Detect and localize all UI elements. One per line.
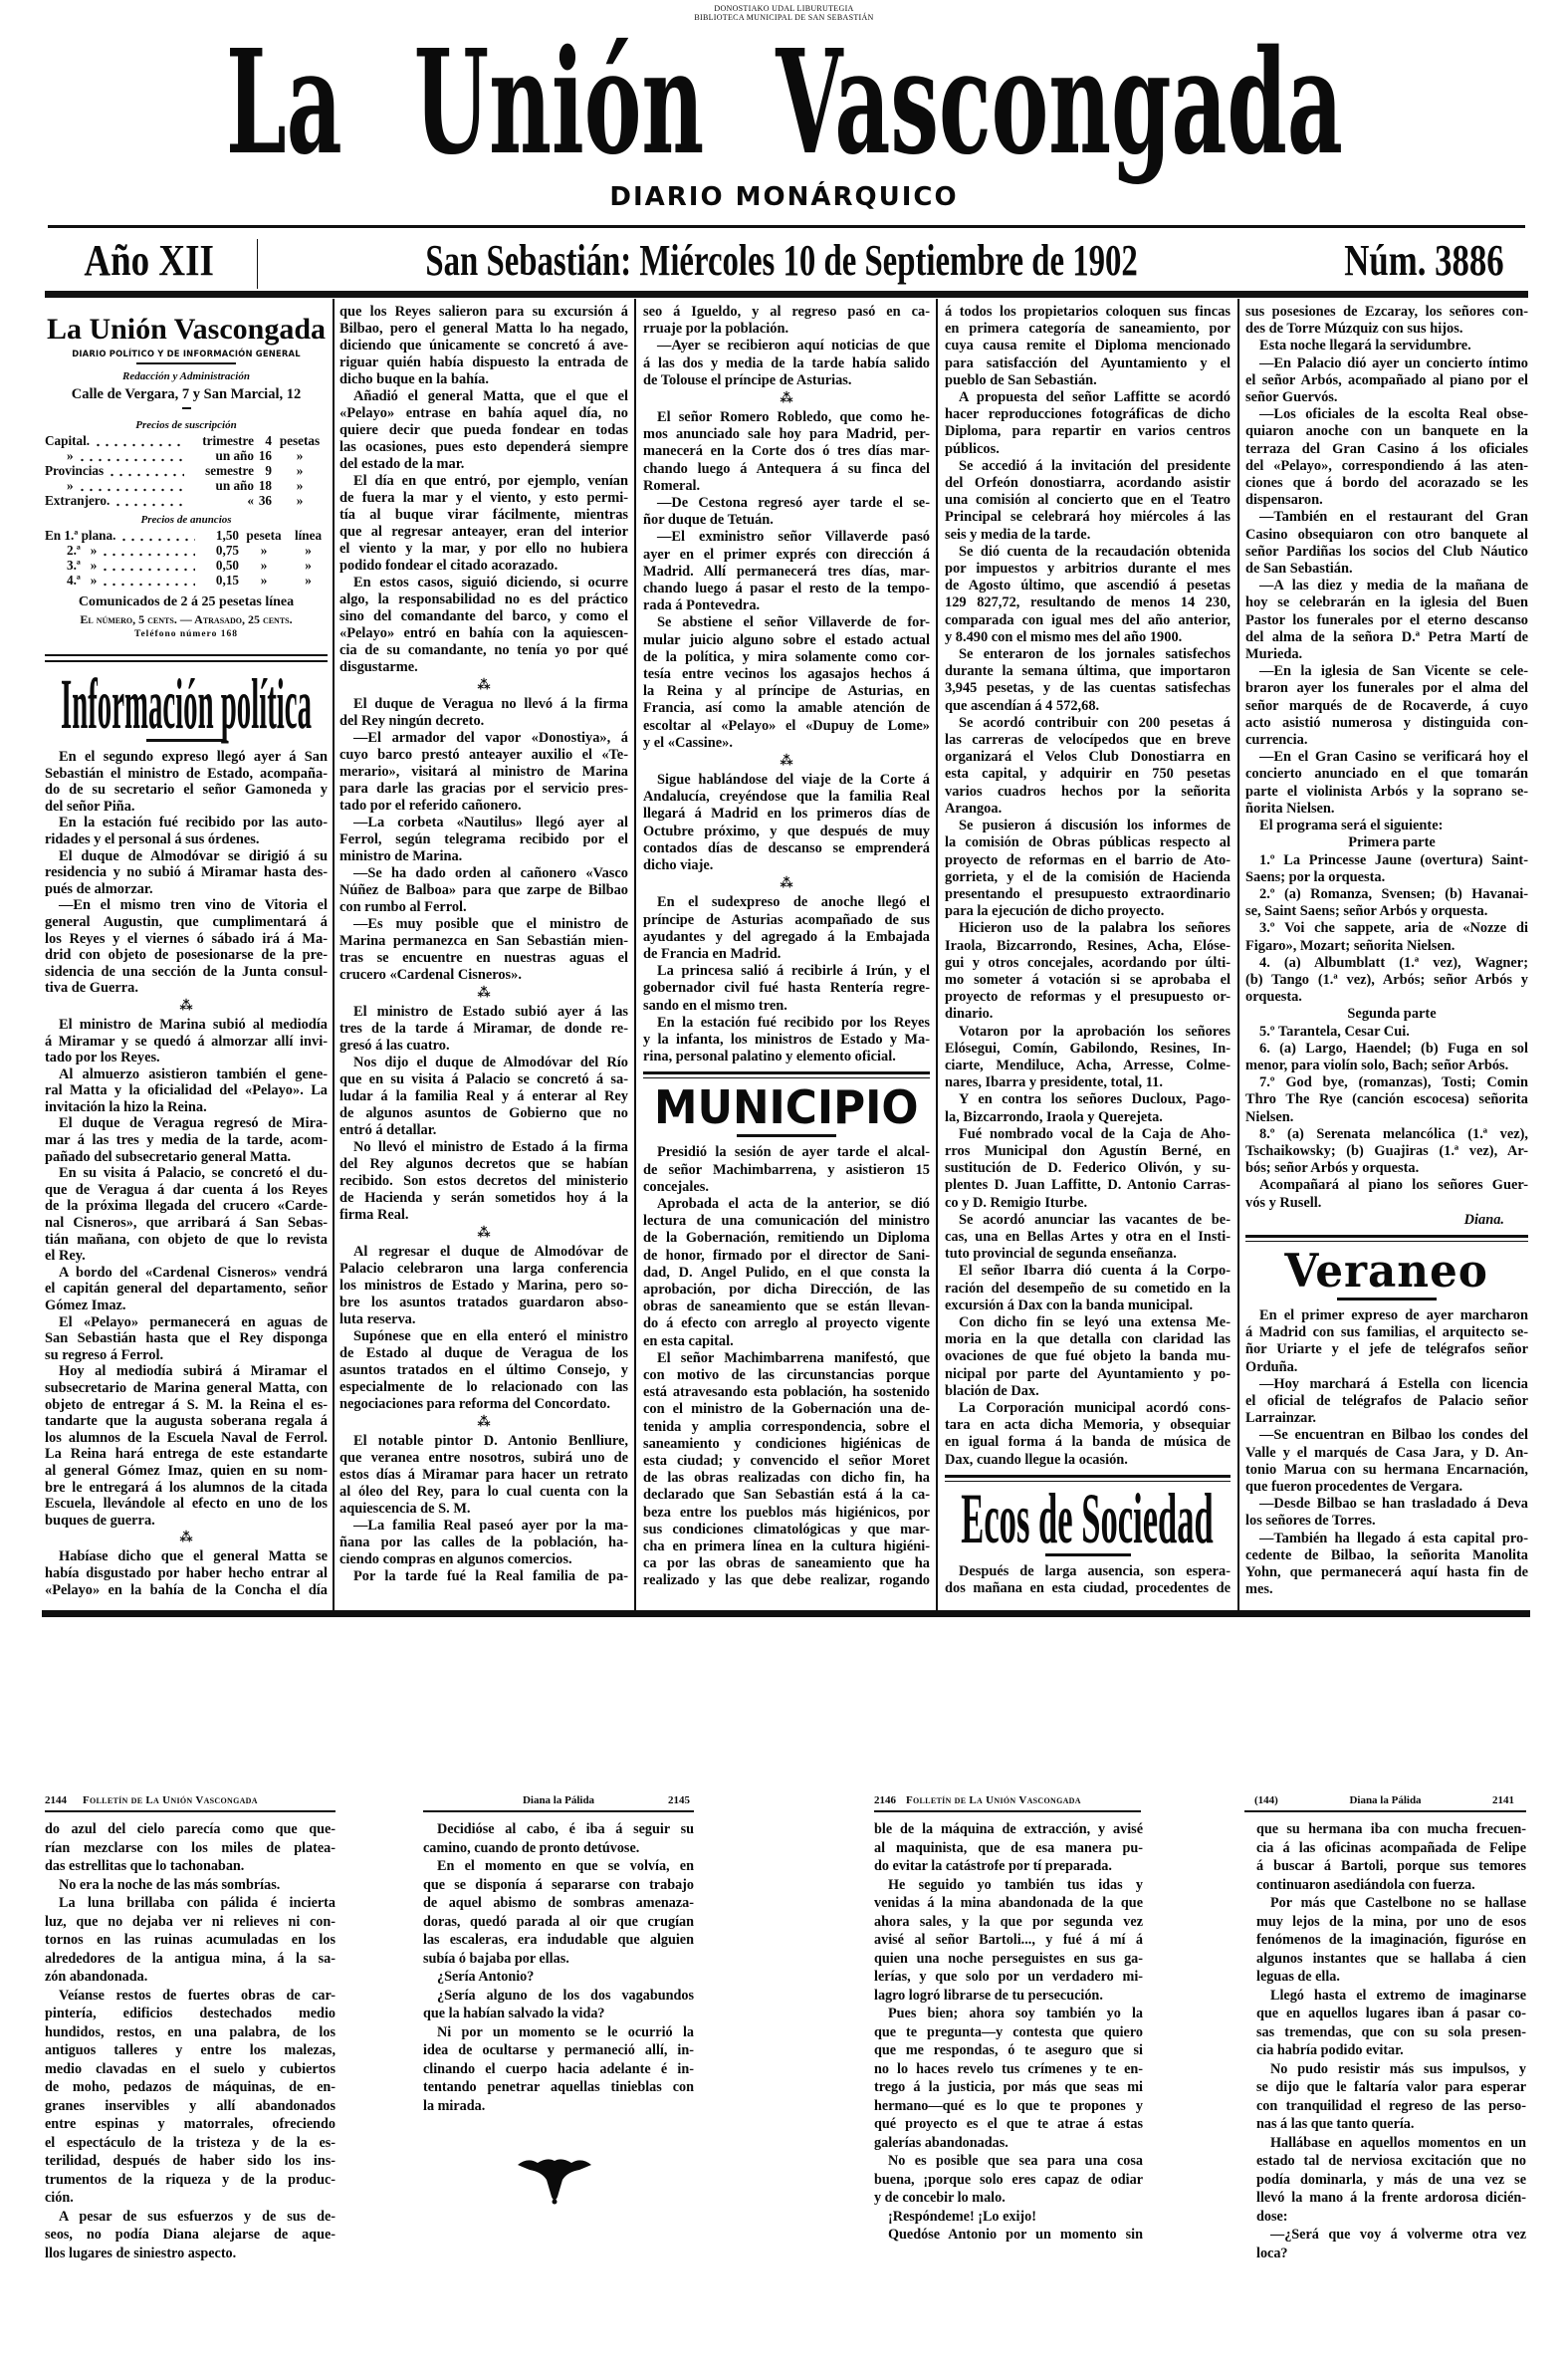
paragraph: —En el Gran Casino se verificará hoy elc… <box>1245 749 1528 818</box>
text-line: ludar á la familia Real y á enterar al R… <box>339 1088 628 1105</box>
paragraph: Se enteraron de los jornales satisfechos… <box>945 646 1231 715</box>
text-line: que al regresar anteayer, eran del inter… <box>339 524 628 541</box>
text-line: cha en primera línea en la cultura higié… <box>643 1539 930 1555</box>
text-line: cia de su comandante, no tenía yo por qu… <box>339 642 628 659</box>
ad-amount: 1,50 <box>199 528 239 543</box>
text-line: Diploma, para repartir en varios centros <box>945 423 1231 440</box>
text-line: sus condiciones climatológicas y que mar… <box>643 1522 930 1539</box>
paragraph: —En Palacio dió ayer un concierto íntimo… <box>1245 355 1528 407</box>
text-line: Valle y el marqués de Casa Jara, y D. An… <box>1245 1445 1528 1462</box>
paragraph: Presidió la sesión de ayer tarde el alca… <box>643 1144 930 1196</box>
text-line: rían mezclarse con los miles de platea- <box>45 1839 336 1858</box>
dateline: San Sebastián: Miércoles 10 de Septiembr… <box>425 235 1137 287</box>
text-line: merario», visitará al ministro de Marina <box>339 764 628 781</box>
text-line: luz, que no dejaba ver ni relieves ni co… <box>45 1913 336 1932</box>
text-line: que la habían salvado la vida? <box>423 2005 694 2023</box>
text-line: camino, cuando de pronto detúvose. <box>423 1839 694 1858</box>
text-line: subsecretario de Marina general Matta, c… <box>45 1380 328 1397</box>
text-line: que fueron procedentes de Vergara. <box>1245 1479 1528 1496</box>
paragraph: La luna brillaba con pálida é inciertalu… <box>45 1894 336 1987</box>
text-line: del «Pelayo», correspondiendo á las aten… <box>1245 458 1528 475</box>
text-line: gresó á las cuatro. <box>339 1038 628 1055</box>
text-line: lerías, y que solo por un verdadero mi- <box>874 1968 1143 1987</box>
folletin-page-header: Diana la Pálida 2145 <box>423 1792 694 1808</box>
text-line: tuto provincial de segunda enseñanza. <box>945 1246 1231 1263</box>
text-line: Después de larga ausencia, son espera- <box>945 1563 1231 1580</box>
text-line: contados días de descanso se emprenderá <box>643 840 930 857</box>
text-line: nares, Ibarra y presidente, total, 11. <box>945 1074 1231 1091</box>
text-line: —Hoy marchará á Estella con licencia <box>1245 1376 1528 1393</box>
text-line: das estrellitas que lo tachonaban. <box>45 1857 336 1876</box>
rate-label: » <box>45 448 74 463</box>
text-line: fenómenos de la imaginación, figuróse en <box>1256 1931 1526 1950</box>
text-line: subía ó bajaba por ellas. <box>423 1950 694 1969</box>
text-line: Romeral. <box>643 478 930 495</box>
text-line: sando en el mismo tren. <box>643 998 930 1015</box>
text-line: galerías abandonadas. <box>874 2134 1143 2153</box>
paragraph: Hoy al mediodía subirá á Miramar elsubse… <box>45 1363 328 1529</box>
text-line: Supónese que en ella enteró el ministro <box>339 1328 628 1345</box>
text-line: terilidad, después de haber sido los ins… <box>45 2152 336 2171</box>
masthead-top-rule <box>48 225 1525 228</box>
text-line: cuya causa remite el Diploma mencionado <box>945 338 1231 355</box>
paragraph: El señor Romero Robledo, que como he-mos… <box>643 409 930 495</box>
text-line: dinario. <box>945 1006 1231 1023</box>
text-line: pintería, edificios destechados medio <box>45 2005 336 2023</box>
text-line: Andalucía, creyéndose que la familia Rea… <box>643 789 930 806</box>
column-4: á todos los propietarios coloquen sus fi… <box>945 304 1231 1597</box>
text-line: «Pelayo» en la bahía de la Concha el día <box>45 1582 328 1599</box>
text-line: se, Saint Saens; señor Arbós y orquesta. <box>1245 903 1528 920</box>
text-line: Saens; por la orquesta. <box>1245 869 1528 886</box>
text-line: mar á las tres y media de la tarde, acom… <box>45 1132 328 1149</box>
text-line: antiguos talleres y entre los malezas, <box>45 2041 336 2060</box>
imprint-double-rule <box>45 654 328 662</box>
ad-amount: 0,15 <box>199 573 239 588</box>
text-line: medio clavadas en el suelo y cubiertos <box>45 2060 336 2079</box>
text-line: Dax, cuando llegue la ocasión. <box>945 1452 1231 1469</box>
folletin-page-body: Decidióse al cabo, é iba á seguir sucami… <box>423 1820 694 2115</box>
text-line: —En la iglesia de San Vicente se cele- <box>1245 663 1528 680</box>
text-line: Figaro», Mozart; señorita Nielsen. <box>1245 938 1528 955</box>
folletin-header-rule <box>45 1810 336 1812</box>
paragraph: Por más que Castelbone no se hallasemuy … <box>1256 1894 1526 1987</box>
text-line: de algunos asuntos de Gobierno que no <box>339 1105 628 1122</box>
paragraph: Se abstiene el señor Villaverde de for-m… <box>643 614 930 752</box>
text-line: vós y Rusell. <box>1245 1195 1528 1212</box>
text-line: ñana por las calles de la población, ha- <box>339 1535 628 1551</box>
imprint-address: Calle de Vergara, 7 y San Marcial, 12 <box>45 384 328 404</box>
paragraph: Veíanse restos de fuertes obras de car-p… <box>45 1987 336 2208</box>
paragraph: que los Reyes salieron para su excursión… <box>339 304 628 388</box>
text-line: chando luego á pasar el resto de la temp… <box>643 581 930 597</box>
paragraph: ble de la máquina de extracción, y avisé… <box>874 1820 1143 1876</box>
text-line: con rumbo al Ferrol. <box>339 899 628 916</box>
communiques-rate: Comunicados de 2 á 25 pesetas línea <box>45 593 328 611</box>
text-line: La princesa salió á recibirle á Irún, y … <box>643 963 930 980</box>
ad-per: » <box>289 543 328 558</box>
issue-number: Núm. 3886 <box>1344 235 1503 287</box>
text-line: diciendo que únicamente se concretó á av… <box>339 338 628 355</box>
dot-leader <box>78 448 184 463</box>
paragraph: Fué nombrado vocal de la Caja de Aho-rro… <box>945 1126 1231 1212</box>
text-line: el capitán general del departamento, señ… <box>45 1281 328 1298</box>
text-line: —¿Será que voy á volverme otra vez <box>1256 2226 1526 2245</box>
text-line: los señores de Torres. <box>1245 1513 1528 1530</box>
text-line: Ni por un momento se le ocurrió la <box>423 2023 694 2042</box>
text-line: 5.º Tarantela, Cesar Cui. <box>1245 1024 1528 1041</box>
paragraph: Al regresar el duque de Almodóvar dePala… <box>339 1244 628 1328</box>
text-line: que me respondas, ó te aseguro que si <box>874 2041 1143 2060</box>
text-line: cia á las oficinas acompañada de Felipe <box>1256 1839 1526 1858</box>
text-line: Al regresar el duque de Almodóvar de <box>339 1244 628 1261</box>
text-line: La Corporación municipal acordó cons- <box>945 1400 1231 1417</box>
text-line: el oficial de telégrafos de Palacio seño… <box>1245 1393 1528 1410</box>
paragraph: Habíase dicho que el general Matta sehab… <box>45 1548 328 1598</box>
subscription-row: » un año 18 » <box>45 478 328 493</box>
text-line: Nos dijo el duque de Almodóvar del Río <box>339 1055 628 1071</box>
text-line: Núñez de Balboa» para que zarpe de Bilba… <box>339 882 628 899</box>
text-line: del Orfeón donostiarra, acordando asisti… <box>945 475 1231 492</box>
folletin-header-rule <box>423 1810 694 1812</box>
text-line: El señor Ibarra dió cuenta á la Corpo- <box>945 1263 1231 1280</box>
text-line: proyecto de reformas y el presupuesto or… <box>945 989 1231 1006</box>
text-line: El día en que entró, por ejemplo, venían <box>339 473 628 490</box>
text-line: ridades y el personal á sus órdenes. <box>45 831 328 848</box>
text-line: señor Pardiñas los socios del Club Náuti… <box>1245 544 1528 561</box>
dot-leader <box>113 493 184 508</box>
text-line: zón abandonada. <box>45 1968 336 1987</box>
text-line: En el segundo expreso llegó ayer á San <box>45 749 328 766</box>
text-line: Casino obsequiaron con otro banquete al <box>1245 527 1528 544</box>
text-line: 2.º (a) Romanza, Svensen; (b) Havanai- <box>1245 886 1528 903</box>
text-line: del señor Piña. <box>45 799 328 816</box>
heading-underline <box>1337 1298 1437 1301</box>
text-line: señor Guervós. <box>1245 389 1528 406</box>
text-line: el espectáculo de la tristeza y de la es… <box>45 2134 336 2153</box>
paragraph: En el segundo expreso llegó ayer á SanSe… <box>45 749 328 815</box>
text-line: tenida y amplia correspondencia, sobre e… <box>643 1419 930 1436</box>
paragraph: No es posible que sea para una cosabuena… <box>874 2152 1143 2208</box>
text-line: algo, la responsabilidad no es del práct… <box>339 592 628 608</box>
text-line: 3,945 pesetas, y de las cuentas satisfec… <box>945 680 1231 697</box>
paragraph: Decidióse al cabo, é iba á seguir sucami… <box>423 1820 694 1857</box>
text-line: mo someter á votación si se aprobaba el <box>945 972 1231 989</box>
dot-leader <box>101 558 195 573</box>
text-line: nicipal por parte del Ayuntamiento y po- <box>945 1366 1231 1383</box>
paragraph: —Los oficiales de la escolta Real obse-q… <box>1245 406 1528 509</box>
text-line: Se enteraron de los jornales satisfechos <box>945 646 1231 663</box>
text-line: sas tremendas, que con su sola presen- <box>1256 2023 1526 2042</box>
text-line: lagro logró librarse de tu persecución. <box>874 1987 1143 2006</box>
text-line: esta ciudad; y convencido el señor Moret <box>643 1453 930 1470</box>
folletin-page-body: que su hermana iba con mucha frecuen-cia… <box>1256 1820 1526 2262</box>
ad-label: 3.ª » <box>45 558 97 573</box>
folletin-page-number: 2146 <box>874 1792 896 1808</box>
program-subheading: Segunda parte <box>1245 1006 1528 1023</box>
text-line: Tschaikowsky; (b) Guajiras (1.ª vez), Ar… <box>1245 1143 1528 1160</box>
rate-label: Provincias <box>45 463 104 478</box>
text-line: Llegó hasta el extremo de imaginarse <box>1256 1987 1526 2006</box>
text-line: Quedóse Antonio por un momento sin <box>874 2226 1143 2245</box>
author-signature: Diana. <box>1245 1212 1528 1229</box>
paragraph: En estos casos, siguió diciendo, si ocur… <box>339 575 628 676</box>
paragraph: El «Pelayo» permanecerá en aguas deSan S… <box>45 1314 328 1364</box>
text-line: —Es muy posible que el ministro de <box>339 916 628 933</box>
paragraph: A pesar de sus esfuerzos y de sus de-seo… <box>45 2208 336 2263</box>
text-line: Se abstiene el señor Villaverde de for- <box>643 614 930 631</box>
text-line: del alma de la señora D.ª Petra Martí de <box>1245 629 1528 646</box>
paragraph: El día en que entró, por ejemplo, venían… <box>339 473 628 575</box>
text-line: Por más que Castelbone no se hallase <box>1256 1894 1526 1913</box>
text-line: disgustarme. <box>339 659 628 676</box>
text-line: trego á la justicia, por más que seas mi <box>874 2078 1143 2097</box>
article-body-municipio-1: Presidió la sesión de ayer tarde el alca… <box>643 1144 930 1589</box>
text-line: que ascendían á 4 572,68. <box>945 698 1231 715</box>
paragraph: En su visita á Palacio, se concretó el d… <box>45 1165 328 1265</box>
folletin-header-rule <box>874 1810 1141 1812</box>
text-line: granes inservibles y allí abandonados <box>45 2097 336 2116</box>
text-line: ble de la máquina de extracción, y avisé <box>874 1820 1143 1839</box>
rate-period: « <box>188 493 254 508</box>
ad-amount: 0,50 <box>199 558 239 573</box>
text-line: buques de guerra. <box>45 1513 328 1530</box>
text-line: la mirada. <box>423 2097 694 2116</box>
paragraph: Añadió el general Matta, que el que el«P… <box>339 388 628 473</box>
text-line: tandarte que la augusta soberana regala … <box>45 1413 328 1430</box>
text-line: ovaciones de que fué objeto la banda mu- <box>945 1348 1231 1365</box>
text-line: En el primer expreso de ayer marcharon <box>1245 1307 1528 1324</box>
text-line: —La corbeta «Nautilus» llegó ayer al <box>339 815 628 831</box>
text-line: los Reyes y el viernes ó sábado irá á Ma… <box>45 931 328 948</box>
section-title: Información política <box>61 673 312 735</box>
paragraph: Con dicho fin se leyó una extensa Me-mor… <box>945 1314 1231 1400</box>
text-line: del estado de la mar. <box>339 456 628 473</box>
text-line: En la estación fué recibido por las auto… <box>45 815 328 831</box>
paragraph: Hicieron uso de la palabra los señoresIr… <box>945 920 1231 1023</box>
paragraph: En el sudexpreso de anoche llegó elprínc… <box>643 894 930 963</box>
text-line: ministro de Marina. <box>339 848 628 865</box>
paragraph: —Ayer se recibieron aquí noticias de que… <box>643 338 930 389</box>
ad-label: En 1.ª plana. <box>45 528 115 543</box>
article-body-ecos-2: sus posesiones de Ezcaray, los señores c… <box>1245 304 1528 1229</box>
text-line: señor marqués de de Rocaverde, á cuyo <box>1245 698 1528 715</box>
text-line: do evitar la catástrofe por tí preparada… <box>874 1857 1143 1876</box>
asterism-separator-icon: ⁂ <box>339 1413 628 1433</box>
paragraph: —También en el restaurant del GranCasino… <box>1245 509 1528 578</box>
text-line: estos días á Miramar para hacer un retra… <box>339 1467 628 1484</box>
text-line: Francia, así como la amable atención de <box>643 700 930 717</box>
folletin-page-header: 2144 Folletín de La Unión Vascongada <box>45 1792 336 1808</box>
text-line: ciendo compras en algunos comercios. <box>339 1551 628 1568</box>
text-line: príncipe de Asturias acompañado de sus <box>643 912 930 929</box>
text-line: San Sebastián hasta que el Rey disponga <box>45 1330 328 1347</box>
folletin-running-title: Folletín de La Unión Vascongada <box>906 1792 1081 1808</box>
text-line: de las obras realizadas con dicho fin, h… <box>643 1470 930 1487</box>
text-line: pueblo de San Sebastián. <box>945 372 1231 389</box>
paragraph: El notable pintor D. Antonio Benlliure,q… <box>339 1433 628 1518</box>
text-line: que su hermana iba con mucha frecuen- <box>1256 1820 1526 1839</box>
text-line: que te pregunta—y contesta que quiero <box>874 2023 1143 2042</box>
text-line: comparada con igual mes del año anterior… <box>945 612 1231 629</box>
rate-amount: 36 <box>254 493 272 508</box>
text-line: y la infanta, los ministros de Estado y … <box>643 1032 930 1049</box>
paragraph: —También ha llegado á esta capital pro-c… <box>1245 1531 1528 1599</box>
text-line: terraza del Gran Casino á los oficiales <box>1245 441 1528 458</box>
paragraph: 6. (a) Largo, Haendel; (b) Fuga en solme… <box>1245 1041 1528 1074</box>
text-line: ñor Uriarte y el jefe de telégrafos seño… <box>1245 1341 1528 1358</box>
folletin-page-number: 2144 <box>45 1792 67 1808</box>
text-line: 3.º Voi che sappete, aria de «Nozze di <box>1245 920 1528 937</box>
paragraph: La princesa salió á recibirle á Irún, y … <box>643 963 930 1015</box>
text-line: Hoy al mediodía subirá á Miramar el <box>45 1363 328 1380</box>
text-line: 8.º (a) Serenata melancólica (1.ª vez), <box>1245 1126 1528 1143</box>
text-line: está atravesando esta población, ha sost… <box>643 1384 930 1401</box>
ad-per: » <box>289 573 328 588</box>
text-line: —A las diez y media de la mañana de <box>1245 578 1528 594</box>
text-line: dose: <box>1256 2208 1526 2227</box>
asterism-separator-icon: ⁂ <box>45 997 328 1017</box>
paragraph: A propuesta del señor Laffitte se acordó… <box>945 389 1231 458</box>
paragraph: Hallábase en aquellos momentos en unesta… <box>1256 2134 1526 2227</box>
text-line: La Reina hará entrega de este estandarte <box>45 1446 328 1463</box>
text-line: Bilbao, pero el general Matta lo ha nega… <box>339 321 628 338</box>
ad-rate-row: 3.ª » 0,50 » » <box>45 558 328 573</box>
text-line: asuntos tratados en el último Consejo, y <box>339 1362 628 1379</box>
text-line: Palacio celebraron una larga conferencia <box>339 1261 628 1278</box>
text-line: quien una noche perseguistes en sus ga- <box>874 1950 1143 1969</box>
text-line: Yohn, que permanecerá aquí hasta fin de <box>1245 1564 1528 1581</box>
paragraph: El duque de Almodóvar se dirigió á sures… <box>45 848 328 898</box>
text-line: gui y otros concejales, acordando por úl… <box>945 955 1231 972</box>
imprint-box: La Unión Vascongada DIARIO POLÍTICO Y DE… <box>45 313 328 662</box>
text-line: El programa será el siguiente: <box>1245 818 1528 834</box>
text-line: pués de almorzar. <box>45 881 328 898</box>
text-line: de aquel abismo de sombras amenaza- <box>423 1894 694 1913</box>
text-line: pañado del subsecretario general Matta. <box>45 1149 328 1166</box>
text-line: de la Gobernación, remitiendo un Diploma <box>643 1230 930 1247</box>
text-line: ahora sales, y la que por segunda vez <box>874 1913 1143 1932</box>
text-line: El ministro de Estado subió ayer á las <box>339 1004 628 1021</box>
text-line: proyecto de reformas en el barrio de Ato… <box>945 852 1231 869</box>
paragraph: seo á Igueldo, y al regreso pasó en ca-r… <box>643 304 930 338</box>
folletin-signature-number: (144) <box>1244 1792 1304 1808</box>
text-line: A pesar de sus esfuerzos y de sus de- <box>45 2208 336 2227</box>
text-line: «Pelayo» entrase en bahía aquel día, no <box>339 405 628 422</box>
paragraph: 7.º God bye, (romanzas), Tosti; CominThr… <box>1245 1074 1528 1126</box>
text-line: —El armador del vapor «Donostiya», á <box>339 730 628 747</box>
section-heading-informacion-politica: Información política <box>45 673 328 735</box>
text-line: ción. <box>45 2189 336 2208</box>
text-line: —También ha llegado á esta capital pro- <box>1245 1531 1528 1547</box>
paragraph: El ministro de Estado subió ayer á lastr… <box>339 1004 628 1055</box>
text-line: para satisfacción del Ayuntamiento y el <box>945 355 1231 372</box>
text-line: Presidió la sesión de ayer tarde el alca… <box>643 1144 930 1161</box>
text-line: rada á Pontevedra. <box>643 597 930 614</box>
text-line: —En Palacio dió ayer un concierto íntimo <box>1245 355 1528 372</box>
text-line: entró á detallar. <box>339 1122 628 1139</box>
text-line: públicos. <box>945 441 1231 458</box>
ad-per: » <box>289 558 328 573</box>
text-line: gorrieta, y el de la comisión de Haciend… <box>945 869 1231 886</box>
paragraph: —El exministro señor Villaverde pasóayer… <box>643 529 930 614</box>
text-line: los ministros de Estado y Marina, pero s… <box>339 1278 628 1295</box>
text-line: hermano—qué es lo que te propones y <box>874 2097 1143 2116</box>
text-line: —Desde Bilbao se han trasladado á Deva <box>1245 1496 1528 1513</box>
paragraph: Y en contra los señores Ducloux, Pago-la… <box>945 1091 1231 1125</box>
text-line: —En el Gran Casino se verificará hoy el <box>1245 749 1528 766</box>
text-line: durante la semana última, que importaron <box>945 663 1231 680</box>
text-line: el señor Arbós, acompañado al piano por … <box>1245 372 1528 389</box>
text-line: una comisión al concierto que en el Teat… <box>945 492 1231 509</box>
text-line: presentando el presupuesto extraordinari… <box>945 886 1231 903</box>
text-line: de Agosto último, que ascendió á pesetas <box>945 578 1231 594</box>
text-line: se dijo que le faltaría valor para esper… <box>1256 2078 1526 2097</box>
text-line: las ocasiones, pues esto dependerá siemp… <box>339 439 628 456</box>
text-line: ciarte, Mendiluce, Acha, Arresse, Colme- <box>945 1058 1231 1074</box>
rate-unit: » <box>272 493 328 508</box>
text-line: la, Bizcarrondo, Iraola y Querejeta. <box>945 1109 1231 1126</box>
text-line: 7.º God bye, (romanzas), Tosti; Comin <box>1245 1074 1528 1091</box>
text-line: «Pelayo» entró en bahía con la aquiescen… <box>339 625 628 642</box>
text-line: La luna brillaba con pálida é incierta <box>45 1894 336 1913</box>
text-line: los alumnos de la Escuela Naval de Ferro… <box>45 1430 328 1447</box>
text-line: En estos casos, siguió diciendo, si ocur… <box>339 575 628 592</box>
dateline-divider <box>257 239 258 289</box>
paragraph: —Es muy posible que el ministro deMarina… <box>339 916 628 984</box>
paragraph: do azul del cielo parecía como que que-r… <box>45 1820 336 1876</box>
text-line: Madrid. Allí permanecerá tres días, mar- <box>643 564 930 581</box>
column-3: seo á Igueldo, y al regreso pasó en ca-r… <box>643 304 930 1590</box>
newspaper-subtitle-wrap: DIARIO MONÁRQUICO <box>0 184 1568 210</box>
text-line: objeto de entregar á S. M. la Reina el e… <box>45 1397 328 1414</box>
ad-rate-row: 2.ª » 0,75 » » <box>45 543 328 558</box>
text-line: á Miramar y se quedó á almorzar allí inv… <box>45 1034 328 1051</box>
text-line: luta reserva. <box>339 1311 628 1328</box>
paragraph: á todos los propietarios coloquen sus fi… <box>945 304 1231 389</box>
text-line: No pudo resistir más sus impulsos, y <box>1256 2060 1526 2079</box>
text-line: Se pusieron á discusión los informes de <box>945 818 1231 834</box>
text-line: bre le entregará á los alumnos de la cit… <box>45 1480 328 1497</box>
rate-unit: » <box>272 448 328 463</box>
text-line: para la ejecución de dicho proyecto. <box>945 903 1231 920</box>
paragraph: No era la noche de las más sombrías. <box>45 1876 336 1895</box>
text-line: tentando penetrar aquellas tinieblas con <box>423 2078 694 2097</box>
paragraph: ¡Respóndeme! ¡Lo exijo! <box>874 2208 1143 2227</box>
text-line: seo á Igueldo, y al regreso pasó en ca- <box>643 304 930 321</box>
text-line: no lo haces revelo tus crímenes y te en- <box>874 2060 1143 2079</box>
text-line: tornos en las ruinas acumuladas en los <box>45 1931 336 1950</box>
paragraph: El duque de Veragua no llevó á la firmad… <box>339 696 628 730</box>
text-line: de San Sebastián. <box>1245 561 1528 578</box>
ad-unit: peseta <box>239 528 289 543</box>
text-line: dicho viaje. <box>643 857 930 874</box>
text-line: á todos los propietarios coloquen sus fi… <box>945 304 1231 321</box>
text-line: En la estación fué recibido por los Reye… <box>643 1015 930 1032</box>
newspaper-title: La Unión Vascongada <box>226 31 1343 174</box>
text-line: aquiescencia de S. M. <box>339 1501 628 1518</box>
text-line: ciones que á bordo del acorazado se les <box>1245 475 1528 492</box>
text-line: Se acordó anunciar las vacantes de be- <box>945 1212 1231 1229</box>
imprint-office-label: Redacción y Administración <box>45 368 328 384</box>
text-line: saneamiento y condiciones higiénicas de <box>643 1436 930 1453</box>
text-line: —Los oficiales de la escolta Real obse- <box>1245 406 1528 423</box>
folletin-running-title: Diana la Pálida <box>523 1792 594 1808</box>
text-line: En el momento en que se volvía, en <box>423 1857 694 1876</box>
paragraph: Después de larga ausencia, son espera-do… <box>945 1563 1231 1597</box>
text-line: Veíanse restos de fuertes obras de car- <box>45 1987 336 2006</box>
text-line: braron ayer los funerales por el alma de… <box>1245 680 1528 697</box>
